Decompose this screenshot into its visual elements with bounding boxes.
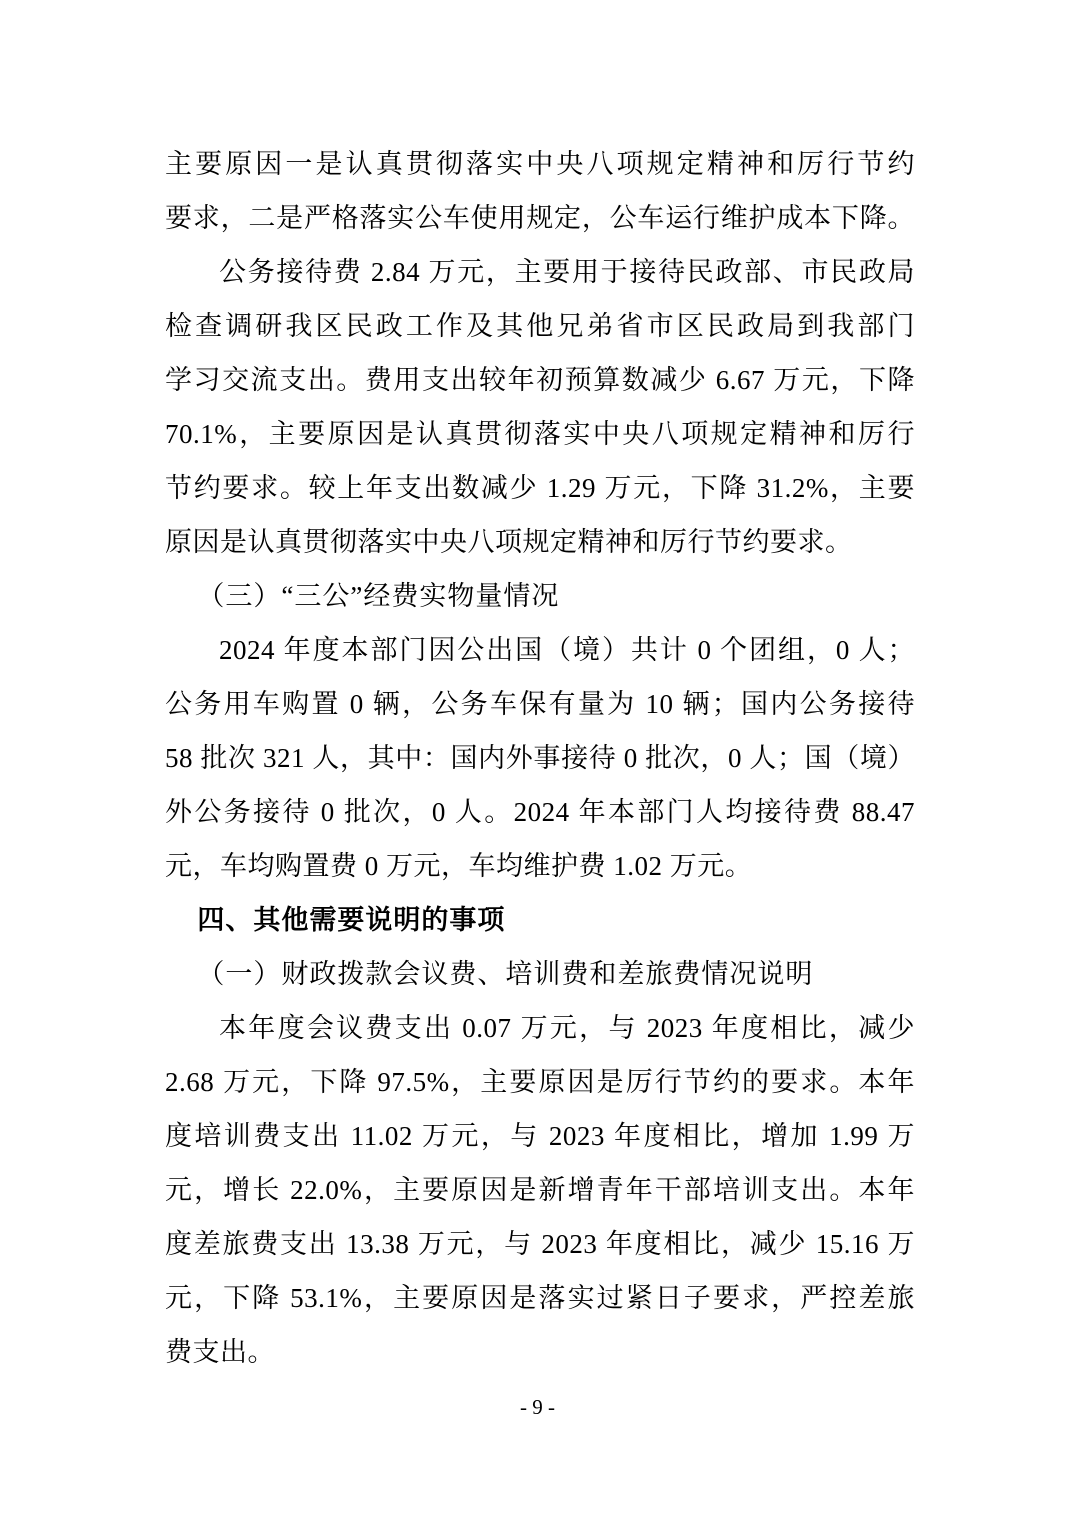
text-line: 公务用车购置 0 辆，公务车保有量为 10 辆；国内公务接待 <box>165 677 915 731</box>
text-line: 节约要求。较上年支出数减少 1.29 万元，下降 31.2%，主要 <box>165 461 915 515</box>
text-line: 主要原因一是认真贯彻落实中央八项规定精神和厉行节约 <box>165 137 915 191</box>
text-line: 本年度会议费支出 0.07 万元，与 2023 年度相比，减少 <box>165 1001 915 1055</box>
text-line: 公务接待费 2.84 万元，主要用于接待民政部、市民政局 <box>165 245 915 299</box>
text-line: 70.1%，主要原因是认真贯彻落实中央八项规定精神和厉行 <box>165 407 915 461</box>
text-line: 2.68 万元，下降 97.5%，主要原因是厉行节约的要求。本年 <box>165 1055 915 1109</box>
text-line: 元，车均购置费 0 万元，车均维护费 1.02 万元。 <box>165 839 915 893</box>
text-line: 费支出。 <box>165 1325 915 1379</box>
page-number: - 9 - <box>0 1395 1075 1420</box>
text-line: 度培训费支出 11.02 万元，与 2023 年度相比，增加 1.99 万 <box>165 1109 915 1163</box>
document-body: 主要原因一是认真贯彻落实中央八项规定精神和厉行节约要求，二是严格落实公车使用规定… <box>0 0 1075 1379</box>
text-line: 度差旅费支出 13.38 万元，与 2023 年度相比，减少 15.16 万 <box>165 1217 915 1271</box>
document-page: 主要原因一是认真贯彻落实中央八项规定精神和厉行节约要求，二是严格落实公车使用规定… <box>0 0 1075 1520</box>
text-line: 58 批次 321 人，其中：国内外事接待 0 批次，0 人；国（境） <box>165 731 915 785</box>
text-line: 要求，二是严格落实公车使用规定，公车运行维护成本下降。 <box>165 191 915 245</box>
text-line: 原因是认真贯彻落实中央八项规定精神和厉行节约要求。 <box>165 515 915 569</box>
section-heading: （一）财政拨款会议费、培训费和差旅费情况说明 <box>165 947 915 1001</box>
text-line: 元，下降 53.1%，主要原因是落实过紧日子要求，严控差旅 <box>165 1271 915 1325</box>
section-heading: （三）“三公”经费实物量情况 <box>165 569 915 623</box>
section-heading: 四、其他需要说明的事项 <box>165 893 915 947</box>
text-line: 外公务接待 0 批次，0 人。2024 年本部门人均接待费 88.47 <box>165 785 915 839</box>
text-line: 检查调研我区民政工作及其他兄弟省市区民政局到我部门 <box>165 299 915 353</box>
text-line: 2024 年度本部门因公出国（境）共计 0 个团组，0 人； <box>165 623 915 677</box>
text-line: 学习交流支出。费用支出较年初预算数减少 6.67 万元，下降 <box>165 353 915 407</box>
text-line: 元，增长 22.0%，主要原因是新增青年干部培训支出。本年 <box>165 1163 915 1217</box>
